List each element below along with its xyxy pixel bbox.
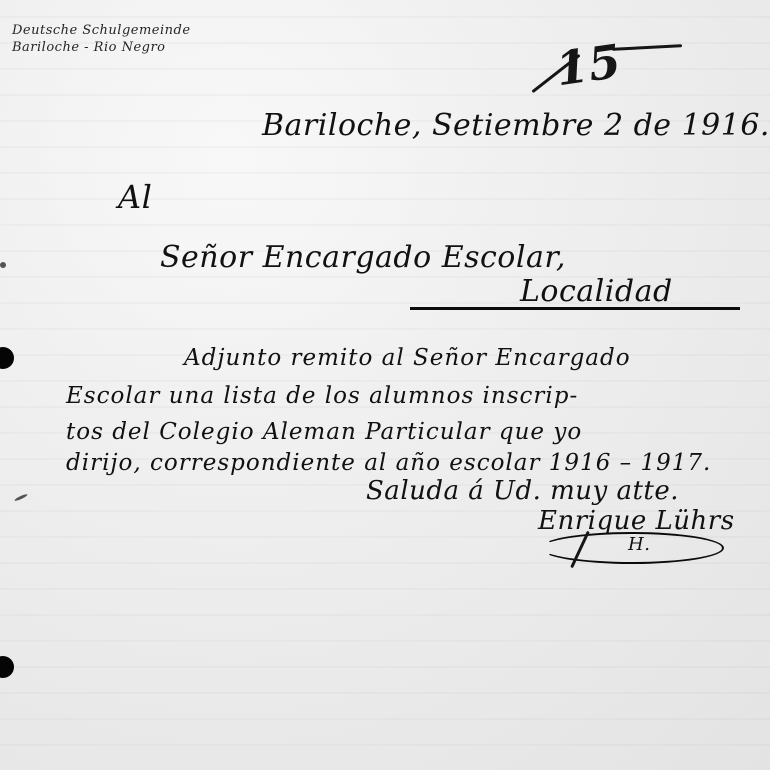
body-line-3: tos del Colegio Aleman Particular que yo: [66, 419, 582, 445]
body-line-4: dirijo, correspondiente al año escolar 1…: [66, 450, 711, 476]
signature-flourish: [540, 532, 724, 564]
paper-blemish: [14, 493, 28, 502]
stamp-line-1: Deutsche Schulgemeinde: [12, 22, 191, 39]
date-line: Bariloche, Setiembre 2 de 1916.: [262, 108, 770, 143]
stamp-line-2: Bariloche - Rio Negro: [12, 39, 191, 56]
paper-blemish: [0, 262, 6, 268]
letterhead-stamp: Deutsche Schulgemeinde Bariloche - Rio N…: [12, 22, 191, 56]
folio-number: 15: [553, 34, 625, 97]
addressee-line-1: Señor Encargado Escolar,: [160, 240, 566, 275]
body-line-2: Escolar una lista de los alumnos inscrip…: [66, 383, 578, 409]
closing: Saluda á Ud. muy atte.: [366, 476, 679, 506]
scanned-letter-page: Deutsche Schulgemeinde Bariloche - Rio N…: [0, 0, 770, 770]
addressee-line-2: Localidad: [520, 274, 673, 309]
salutation: Al: [118, 178, 152, 216]
folio-overline: [612, 44, 682, 51]
punch-hole-bottom: [0, 656, 14, 678]
body-line-1: Adjunto remito al Señor Encargado: [184, 345, 631, 371]
addressee-underline: [410, 307, 740, 310]
punch-hole-top: [0, 347, 14, 369]
